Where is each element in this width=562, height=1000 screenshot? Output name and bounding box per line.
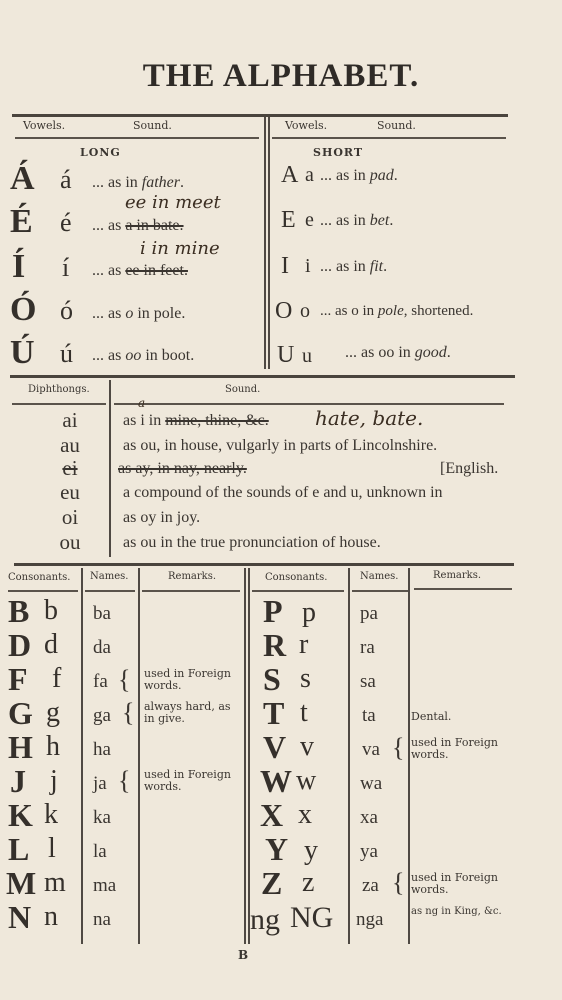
consonant-name: ga	[93, 705, 111, 727]
consonant-name: sa	[360, 671, 376, 693]
short-label: SHORT	[313, 146, 363, 159]
diphthong: ou	[30, 530, 110, 555]
handwritten-correction: i in mine	[140, 238, 220, 259]
names-header-right: Names.	[360, 571, 398, 582]
consonant-lower: NG	[290, 901, 333, 935]
vowel-lower: ú	[60, 339, 73, 369]
vowel-upper: E	[281, 207, 296, 234]
handwritten-correction: hate, bate.	[315, 406, 423, 430]
consonant-name: ra	[360, 637, 375, 659]
diphthong: eu	[30, 480, 110, 505]
consonant-lower: t	[300, 697, 308, 729]
diphthong-sound-header: Sound.	[225, 384, 260, 395]
vowel-sound: ... as in fit.	[320, 258, 387, 276]
vowel-upper: Í	[12, 248, 25, 286]
diphthongs-top-rule	[10, 375, 515, 378]
vowel-sound: ... as oo in boot.	[92, 347, 194, 365]
consonant-lower: s	[300, 663, 311, 695]
consonant-remark: Dental.	[411, 711, 451, 723]
consonant-name: ha	[93, 739, 111, 761]
vowel-upper: Ó	[10, 291, 36, 329]
handwritten-above: a	[138, 396, 145, 410]
consonant-upper: T	[263, 695, 284, 732]
cons-divider-5	[408, 568, 410, 944]
consonant-upper: G	[8, 695, 33, 732]
consonant-lower: r	[299, 629, 308, 661]
diphthong-sound: as i in mine, thine, &c.	[123, 412, 269, 430]
consonant-upper: B	[8, 593, 29, 630]
vowel-sound: ... as in father.	[92, 174, 184, 192]
consonant-lower: w	[296, 765, 316, 797]
brace-icon: {	[118, 768, 130, 794]
vowels-header-left: Vowels.	[23, 119, 65, 132]
cons-rule-1	[8, 590, 78, 592]
diphthong-sound: as ou in the true pronunciation of house…	[123, 534, 381, 552]
diphthong: ai	[30, 408, 110, 433]
vowel-sound: ... as o in pole, shortened.	[320, 303, 473, 320]
consonant-upper: H	[8, 729, 33, 766]
consonant-name: na	[93, 909, 111, 931]
cons-divider-1	[81, 568, 83, 944]
diphthong: au	[30, 433, 110, 458]
consonant-remark: used in Foreign words.	[411, 737, 521, 761]
vowel-upper: A	[281, 162, 298, 189]
diphthong-sound: a compound of the sounds of e and u, unk…	[123, 484, 443, 502]
consonant-lower: v	[300, 731, 314, 763]
cons-rule-2	[85, 590, 135, 592]
consonant-remark: used in Foreign words.	[144, 769, 240, 793]
consonant-remark: used in Foreign words.	[411, 872, 521, 896]
consonant-name: va	[362, 739, 380, 761]
cons-divider-2	[138, 568, 140, 944]
consonant-name: fa	[93, 671, 108, 693]
consonant-upper: Y	[265, 831, 288, 868]
consonant-name: la	[93, 841, 107, 863]
vowels-divider-b	[268, 117, 270, 369]
brace-icon: {	[392, 870, 404, 896]
consonant-name: ya	[360, 841, 378, 863]
names-header-left: Names.	[90, 571, 128, 582]
cons-divider-4	[348, 568, 350, 944]
consonant-upper: N	[8, 899, 31, 936]
vowel-sound: ... as ee in feet.	[92, 262, 188, 280]
consonant-name: ja	[93, 773, 107, 795]
consonant-name: da	[93, 637, 111, 659]
consonant-remark: as ng in King, &c.	[411, 906, 511, 918]
vowel-lower: a	[305, 164, 314, 187]
consonants-header-right: Consonants.	[265, 572, 327, 583]
header-rule-left	[15, 137, 259, 139]
consonant-remark: always hard, as in give.	[144, 701, 240, 725]
diphthong-sound-struck: as ay, in nay, nearly.	[118, 460, 247, 478]
consonant-upper: S	[263, 661, 281, 698]
consonant-lower: d	[44, 629, 58, 661]
diphthong: ei	[30, 456, 110, 481]
consonant-upper: X	[260, 797, 283, 834]
sound-header-left: Sound.	[133, 119, 172, 132]
vowel-lower: i	[305, 255, 311, 278]
vowel-sound: ... as in pad.	[320, 167, 398, 185]
consonant-upper: F	[8, 661, 28, 698]
consonant-lower: k	[44, 799, 58, 831]
vowel-upper: Ú	[10, 334, 35, 372]
diphthongs-header-rule-right	[114, 403, 504, 405]
vowel-upper: É	[10, 203, 33, 241]
consonant-name: ka	[93, 807, 111, 829]
diphthongs-header: Diphthongs.	[28, 384, 90, 395]
consonant-upper: R	[263, 627, 286, 664]
consonants-header-left: Consonants.	[8, 572, 70, 583]
diphthong: oi	[30, 505, 110, 530]
consonant-lower: j	[50, 765, 58, 797]
consonant-name: xa	[360, 807, 378, 829]
diphthong-sound: as oy in joy.	[123, 509, 200, 527]
vowel-sound: ... as in bet.	[320, 212, 393, 230]
consonant-name: pa	[360, 603, 378, 625]
vowel-lower: é	[60, 208, 72, 238]
brace-icon: {	[118, 667, 130, 693]
consonant-remark: used in Foreign words.	[144, 668, 240, 692]
consonant-lower: b	[44, 595, 58, 627]
consonant-name: za	[362, 875, 379, 897]
consonant-upper: D	[8, 627, 31, 664]
consonant-lower: f	[52, 663, 61, 695]
consonant-lower: h	[46, 731, 60, 763]
vowel-lower: o	[300, 300, 310, 323]
consonant-upper: ng	[250, 903, 280, 937]
struck-text: a in bate.	[125, 217, 183, 234]
consonant-lower: x	[298, 799, 312, 831]
vowels-divider-a	[264, 117, 266, 369]
diphthong-sound: as ou, in house, vulgarly in parts of Li…	[123, 437, 437, 455]
consonant-upper: K	[8, 797, 33, 834]
header-rule-right	[272, 137, 506, 139]
consonant-upper: Z	[261, 865, 282, 902]
cons-rule-3	[142, 590, 240, 592]
vowel-lower: á	[60, 165, 72, 195]
top-rule	[12, 114, 508, 117]
cons-divider-3a	[244, 568, 246, 944]
vowels-header-right: Vowels.	[285, 119, 327, 132]
vowel-lower: í	[62, 253, 69, 283]
cons-rule-5	[352, 590, 408, 592]
consonant-upper: M	[6, 865, 36, 902]
cons-divider-3b	[248, 568, 250, 944]
brace-icon: {	[392, 735, 404, 761]
consonant-lower: m	[44, 867, 66, 899]
consonant-lower: n	[44, 901, 58, 933]
vowel-upper: U	[277, 342, 294, 369]
consonant-name: ma	[93, 875, 116, 897]
sound-header-right: Sound.	[377, 119, 416, 132]
consonant-lower: g	[46, 697, 60, 729]
cons-rule-6	[414, 588, 512, 590]
vowel-lower: e	[305, 209, 314, 232]
consonant-lower: z	[302, 867, 314, 899]
consonant-lower: p	[302, 597, 316, 629]
diphthong-continuation: [English.	[440, 460, 498, 478]
remarks-header-right: Remarks.	[433, 570, 481, 581]
consonant-upper: V	[263, 729, 286, 766]
consonant-lower: y	[304, 835, 318, 867]
vowel-sound: ... as oo in good.	[345, 344, 451, 362]
vowel-lower: u	[302, 345, 312, 368]
consonant-name: ba	[93, 603, 111, 625]
consonant-name: wa	[360, 773, 382, 795]
brace-icon: {	[122, 700, 134, 726]
consonant-upper: L	[8, 831, 29, 868]
consonant-upper: P	[263, 593, 283, 630]
diphthongs-header-rule-left	[12, 403, 106, 405]
vowel-upper: I	[281, 253, 289, 280]
consonant-lower: l	[48, 833, 56, 865]
consonant-name: ta	[362, 705, 376, 727]
vowel-upper: Á	[10, 160, 35, 198]
consonant-name: nga	[356, 909, 383, 931]
consonants-top-rule	[14, 563, 514, 566]
consonant-upper: W	[260, 763, 292, 800]
vowel-lower: ó	[60, 296, 73, 326]
struck-text: ee in feet.	[125, 262, 188, 279]
vowel-sound: ... as a in bate.	[92, 217, 184, 235]
page-title: THE ALPHABET.	[0, 58, 562, 95]
signature-mark: B	[238, 948, 248, 962]
remarks-header-left: Remarks.	[168, 571, 216, 582]
cons-rule-4	[252, 590, 344, 592]
consonant-upper: J	[10, 763, 26, 800]
vowel-sound: ... as o in pole.	[92, 305, 185, 323]
long-label: LONG	[80, 146, 121, 159]
vowel-upper: O	[275, 298, 292, 325]
handwritten-correction: ee in meet	[125, 192, 221, 213]
